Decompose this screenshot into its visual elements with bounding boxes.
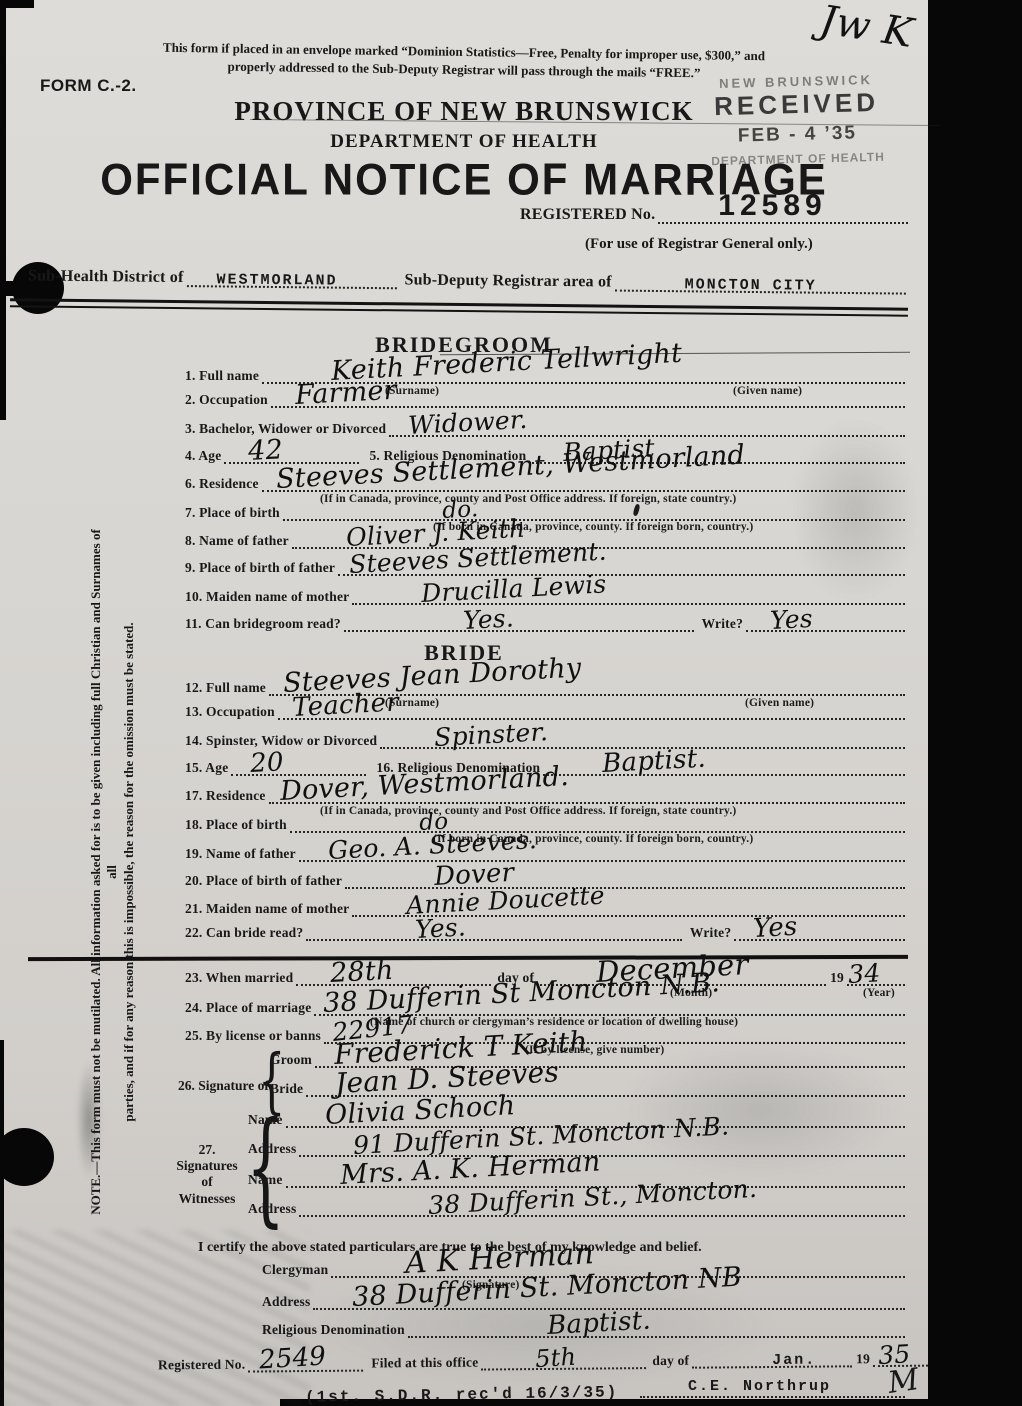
registrar-area-value: MONCTON CITY bbox=[685, 276, 817, 294]
residence-hint: (If in Canada, province, county and Post… bbox=[320, 805, 736, 817]
handwritten-value: Yes bbox=[753, 912, 799, 944]
field-line: Dover, Westmorland. bbox=[269, 797, 905, 804]
registered-no-label: REGISTERED No. bbox=[520, 206, 655, 224]
field-bride-mother: 21. Maiden name of mother Annie Doucette bbox=[185, 901, 905, 917]
field-groom-occupation: 2. Occupation Farmer bbox=[185, 392, 905, 408]
scan-edge-right bbox=[928, 0, 1022, 1406]
registrar-note: (For use of Registrar General only.) bbox=[585, 236, 813, 253]
scan-edge-top-left bbox=[0, 0, 34, 8]
field-line: 91 Dufferin St. Moncton N.B. bbox=[299, 1150, 905, 1157]
field-label: 18. Place of birth bbox=[185, 817, 287, 833]
field-label: 3. Bachelor, Widower or Divorced bbox=[185, 421, 386, 437]
field-label: 11. Can bridegroom read? bbox=[185, 616, 341, 632]
received-stamp: NEW BRUNSWICK RECEIVED FEB - 4 ’35 DEPAR… bbox=[691, 71, 903, 168]
field-label: 6. Residence bbox=[185, 476, 259, 492]
field-label: day of bbox=[646, 1353, 689, 1369]
district-line: WESTMORLAND bbox=[186, 280, 396, 289]
denomination-value: Baptist. bbox=[546, 1306, 651, 1341]
handwritten-value: 20 bbox=[250, 747, 285, 779]
stamp-date: FEB - 4 ’35 bbox=[692, 121, 903, 148]
field-line: Jan. bbox=[692, 1360, 852, 1368]
field-line: Dover bbox=[345, 882, 905, 889]
field-label: 19. Name of father bbox=[185, 846, 296, 862]
field-line: 34 bbox=[847, 979, 905, 986]
field-line: Baptist. bbox=[543, 769, 905, 776]
handwritten-value: Widower. bbox=[408, 405, 529, 440]
district-label: Sub-Health District of bbox=[28, 267, 184, 287]
field-label: Bride bbox=[270, 1081, 303, 1097]
field-label: 25. By license or banns bbox=[185, 1028, 321, 1044]
field-label: Clergyman bbox=[262, 1262, 328, 1278]
field-label: 17. Residence bbox=[185, 788, 266, 804]
field-bride-birthplace: 18. Place of birth do (If born in Canada… bbox=[185, 817, 905, 833]
field-label: Registered No. bbox=[158, 1357, 245, 1374]
scanned-marriage-notice: This form if placed in an envelope marke… bbox=[0, 0, 1022, 1406]
handwritten-initials: M bbox=[886, 1362, 921, 1401]
field-line: Steeves Settlement, Westmorland bbox=[262, 485, 905, 492]
field-label: Address bbox=[248, 1201, 296, 1217]
field-bride-father: 19. Name of father Geo. A. Steeves. bbox=[185, 846, 905, 862]
field-groom-birthplace: 7. Place of birth do. (If born in Canada… bbox=[185, 505, 905, 521]
district-value: WESTMORLAND bbox=[216, 271, 337, 289]
margin-note-line: parties, and if for any reason this is i… bbox=[121, 522, 137, 1222]
handwritten-value: Yes. bbox=[462, 603, 514, 635]
field-label: Filed at this office bbox=[363, 1355, 478, 1372]
field-label: 2. Occupation bbox=[185, 392, 268, 408]
field-line: Steeves Settlement. bbox=[338, 569, 905, 576]
field-clergyman-address: Address 38 Dufferin St. Moncton NB bbox=[262, 1294, 905, 1310]
handwritten-value: 34 bbox=[847, 958, 881, 989]
handwritten-value: Baptist. bbox=[602, 744, 707, 779]
witnesses-label: 27. Signatures of Witnesses bbox=[168, 1142, 246, 1207]
field-label: 15. Age bbox=[185, 760, 228, 776]
footer-registration-row: Registered No. 2549 Filed at this office… bbox=[158, 1351, 928, 1374]
field-label: 19 bbox=[826, 970, 844, 986]
field-line: do. bbox=[283, 514, 905, 521]
field-label: 13. Occupation bbox=[185, 704, 275, 720]
field-label: 19 bbox=[852, 1351, 870, 1367]
field-label: Name bbox=[248, 1112, 283, 1128]
year-hint: (Year) bbox=[863, 987, 895, 999]
field-line: 38 Dufferin St., Moncton. bbox=[299, 1210, 905, 1217]
field-label: 7. Place of birth bbox=[185, 505, 280, 521]
field-label: 22. Can bride read? bbox=[185, 925, 303, 941]
handwritten-value: 42 bbox=[248, 434, 284, 467]
field-line: Geo. A. Steeves. bbox=[299, 855, 905, 862]
typed-month-value: Jan. bbox=[772, 1352, 816, 1369]
field-witness2-address: Address 38 Dufferin St., Moncton. bbox=[248, 1201, 905, 1217]
field-line: Yes. bbox=[306, 934, 682, 941]
field-label: Religious Denomination bbox=[262, 1322, 405, 1338]
field-label: 20. Place of birth of father bbox=[185, 873, 342, 889]
field-groom-residence: 6. Residence Steeves Settlement, Westmor… bbox=[185, 476, 905, 492]
handwritten-value: Yes bbox=[769, 604, 813, 635]
field-line: Farmer bbox=[271, 401, 905, 408]
registrar-area-label: Sub-Deputy Registrar area of bbox=[396, 271, 611, 291]
field-label: 1. Full name bbox=[185, 368, 259, 384]
field-line: Baptist. bbox=[408, 1331, 905, 1338]
hole-punch-bar bbox=[0, 281, 18, 296]
field-line: Yes. bbox=[344, 625, 694, 632]
field-label: Name bbox=[248, 1172, 283, 1188]
field-label: Write? bbox=[694, 616, 743, 632]
hole-punch-mark bbox=[0, 1128, 54, 1186]
registered-no-line: 12589 bbox=[658, 217, 908, 224]
residence-hint: (If in Canada, province, county and Post… bbox=[320, 493, 736, 505]
registered-no-value: 12589 bbox=[718, 189, 826, 223]
handwritten-value: Teacher bbox=[291, 687, 399, 723]
field-label: Write? bbox=[682, 925, 731, 941]
field-label: 10. Maiden name of mother bbox=[185, 589, 349, 605]
signature-of-label: 26. Signature of bbox=[178, 1078, 269, 1094]
field-label: Groom bbox=[270, 1052, 312, 1068]
field-place-of-marriage: 24. Place of marriage 38 Dufferin St Mon… bbox=[185, 1000, 905, 1016]
official-name: C.E. Northrup bbox=[688, 1378, 831, 1395]
handwritten-value: 5th bbox=[535, 1343, 578, 1373]
field-bride-literacy: 22. Can bride read? Yes. Write? Yes bbox=[185, 925, 905, 941]
field-groom-full-name: 1. Full name Keith Frederic Tellwright (… bbox=[185, 368, 905, 384]
field-label: Address bbox=[262, 1294, 310, 1310]
handwritten-value: Yes. bbox=[415, 912, 467, 944]
witnesses-label-line: Witnesses bbox=[168, 1191, 246, 1207]
margin-note-line: NOTE.—This form must not be mutilated. A… bbox=[88, 522, 121, 1222]
field-groom-status: 3. Bachelor, Widower or Divorced Widower… bbox=[185, 421, 905, 437]
field-label: 4. Age bbox=[185, 448, 221, 464]
field-label: 24. Place of marriage bbox=[185, 1000, 311, 1016]
handwritten-value: Spinster. bbox=[434, 717, 549, 752]
field-line: 5th bbox=[481, 1362, 646, 1370]
field-bride-status: 14. Spinster, Widow or Divorced Spinster… bbox=[185, 733, 905, 749]
handwritten-value: 2549 bbox=[259, 1341, 328, 1375]
field-line: do bbox=[290, 826, 905, 833]
section-rule bbox=[28, 955, 908, 961]
field-clergyman-denomination: Religious Denomination Baptist. bbox=[262, 1322, 905, 1338]
field-line: Yes bbox=[746, 625, 905, 632]
district-row: Sub-Health District of WESTMORLAND Sub-D… bbox=[28, 267, 906, 294]
field-bride-residence: 17. Residence Dover, Westmorland. (If in… bbox=[185, 788, 905, 804]
field-line: Teacher bbox=[278, 713, 905, 720]
field-line: Yes bbox=[734, 934, 905, 941]
field-bride-signature: Bride Jean D. Steeves bbox=[270, 1081, 905, 1097]
margin-note: NOTE.—This form must not be mutilated. A… bbox=[88, 522, 137, 1222]
field-groom-literacy: 11. Can bridegroom read? Yes. Write? Yes bbox=[185, 616, 905, 632]
field-label: 21. Maiden name of mother bbox=[185, 901, 349, 917]
field-groom-mother: 10. Maiden name of mother Drucilla Lewis bbox=[185, 589, 905, 605]
witnesses-label-line: of bbox=[168, 1174, 246, 1190]
field-line: 2549 bbox=[248, 1365, 363, 1373]
registrar-area-line: MONCTON CITY bbox=[615, 285, 906, 295]
field-label: 9. Place of birth of father bbox=[185, 560, 335, 576]
scan-edge-left-bottom bbox=[0, 1040, 4, 1406]
field-line: Drucilla Lewis bbox=[352, 598, 905, 605]
handwritten-value: Farmer bbox=[294, 375, 397, 411]
field-label: 8. Name of father bbox=[185, 533, 289, 549]
field-label: 12. Full name bbox=[185, 680, 266, 696]
form-number: FORM C.-2. bbox=[40, 76, 137, 96]
paper-smudge bbox=[0, 1230, 310, 1406]
stamp-received: RECEIVED bbox=[691, 86, 902, 122]
registered-no-row: REGISTERED No. 12589 bbox=[520, 206, 908, 224]
witnesses-label-line: 27. Signatures bbox=[168, 1142, 246, 1174]
double-rule bbox=[10, 298, 908, 316]
field-line bbox=[640, 1396, 905, 1398]
field-label: Address bbox=[248, 1141, 296, 1157]
field-label: 23. When married bbox=[185, 970, 293, 986]
